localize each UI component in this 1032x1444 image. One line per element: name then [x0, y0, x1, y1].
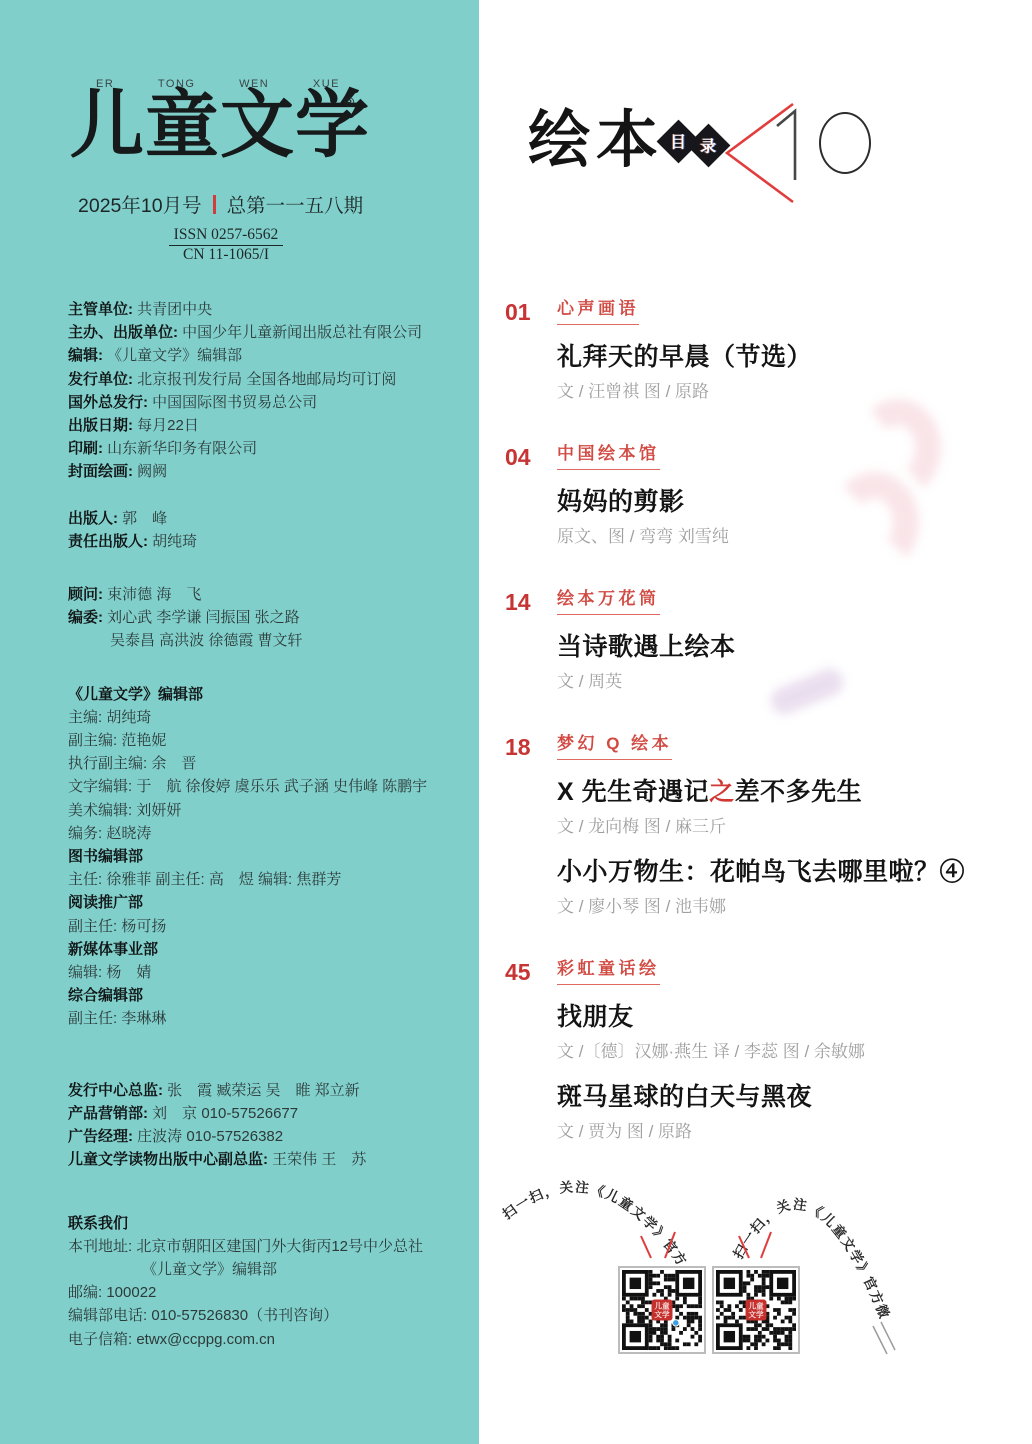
- info-text: 副主任: 杨可扬: [68, 918, 166, 935]
- info-text: 阅读推广部: [68, 894, 143, 911]
- article-byline: 文 / 汪曾祺 图 / 原路: [557, 381, 1005, 403]
- info-text: 主编: 胡纯琦: [68, 709, 151, 726]
- toc-category-row: 中国绘本馆: [557, 445, 1005, 486]
- issue-line: 2025年10月号 总第一一五八期: [78, 190, 363, 218]
- info-line: 执行副主编: 余 晋: [68, 752, 468, 775]
- info-text: 束沛德 海 飞: [107, 586, 201, 603]
- info-group: 出版人: 郭 峰责任出版人: 胡纯琦: [68, 507, 468, 553]
- article-title: 妈妈的剪影: [557, 486, 1005, 518]
- toc-page-number: 01: [505, 300, 557, 421]
- info-text: 编辑:: [68, 347, 107, 364]
- info-text: 主管单位:: [68, 301, 137, 318]
- info-line: 副主任: 杨可扬: [68, 915, 468, 938]
- info-group: 《儿童文学》编辑部主编: 胡纯琦副主编: 范艳妮执行副主编: 余 晋文字编辑: …: [68, 683, 468, 1031]
- info-text: 发行中心总监:: [68, 1082, 167, 1099]
- info-line: 电子信箱: etwx@ccppg.com.cn: [68, 1328, 468, 1351]
- article-byline: 原文、图 / 弯弯 刘雪纯: [557, 526, 1005, 548]
- info-text: 《儿童文学》编辑部: [107, 347, 242, 364]
- article-title-part: 差不多先生: [735, 778, 863, 806]
- toc-list: 01心声画语礼拜天的早晨（节选）文 / 汪曾祺 图 / 原路04中国绘本馆妈妈的…: [505, 300, 1005, 1185]
- info-text: 邮编: 100022: [68, 1284, 156, 1301]
- info-text: 每月22日: [137, 417, 199, 434]
- info-text: 共青团中央: [137, 301, 212, 318]
- svg-text:扫一扫，关注《儿童文学》官方微博: 扫一扫，关注《儿童文学》官方微博: [489, 1168, 691, 1269]
- info-line: 美术编辑: 刘妍妍: [68, 799, 468, 822]
- info-text: 庄波涛 010-57526382: [137, 1128, 283, 1145]
- toc-badge-char: 录: [700, 134, 716, 157]
- info-text: 主办、出版单位:: [68, 324, 182, 341]
- info-line: 联系我们: [68, 1212, 468, 1235]
- toc-category-label: 彩虹童话绘: [557, 960, 660, 985]
- info-line: 产品营销部: 刘 京 010-57526677: [68, 1102, 468, 1125]
- info-line: 主编: 胡纯琦: [68, 706, 468, 729]
- info-text: 吴泰昌 高洪波 徐德霞 曹文轩: [110, 632, 303, 649]
- toc-section-body: 心声画语礼拜天的早晨（节选）文 / 汪曾祺 图 / 原路: [557, 300, 1005, 421]
- article-byline: 文 / 龙向梅 图 / 麻三斤: [557, 816, 1005, 838]
- article-title-part: 小小万物生：花帕鸟飞去哪里啦？④: [557, 858, 965, 886]
- info-text: 编委:: [68, 609, 107, 626]
- toc-article: 找朋友文 /〔德〕汉娜·燕生 译 / 李蕊 图 / 余敏娜: [557, 1001, 1005, 1063]
- issue-number-text: 总第一一五八期: [227, 190, 364, 218]
- toc-section-body: 中国绘本馆妈妈的剪影原文、图 / 弯弯 刘雪纯: [557, 445, 1005, 566]
- info-line: 邮编: 100022: [68, 1281, 468, 1304]
- info-text: 《儿童文学》编辑部: [68, 686, 203, 703]
- article-byline: 文 / 贾为 图 / 原路: [557, 1121, 1005, 1143]
- article-title-part: 斑马星球的白天与黑夜: [557, 1083, 812, 1111]
- info-line: 顾问: 束沛德 海 飞: [68, 583, 468, 606]
- info-text: 电子信箱: etwx@ccppg.com.cn: [68, 1331, 275, 1348]
- toc-category-label: 梦幻 Q 绘本: [557, 735, 672, 760]
- info-text: 主任: 徐雅菲 副主任: 高 煜 编辑: 焦群芳: [68, 871, 341, 888]
- toc-article: X 先生奇遇记之差不多先生文 / 龙向梅 图 / 麻三斤: [557, 776, 1005, 838]
- article-title-part: 找朋友: [557, 1003, 634, 1031]
- magazine-logo: 儿童文学: [70, 88, 370, 162]
- info-line: 责任出版人: 胡纯琦: [68, 530, 468, 553]
- info-text: 印刷:: [68, 440, 107, 457]
- info-text: 出版人:: [68, 510, 122, 527]
- info-line: 封面绘画: 阙阙: [68, 460, 468, 483]
- info-text: 图书编辑部: [68, 848, 143, 865]
- toc-badge-char: 目: [670, 130, 686, 153]
- toc-title: 绘本: [528, 110, 664, 172]
- info-line: 主办、出版单位: 中国少年儿童新闻出版总社有限公司: [68, 321, 468, 344]
- info-line: 副主任: 李琳琳: [68, 1007, 468, 1030]
- info-line: 印刷: 山东新华印务有限公司: [68, 437, 468, 460]
- info-text: 副主任: 李琳琳: [68, 1010, 166, 1027]
- info-text: 发行单位:: [68, 371, 137, 388]
- cn-number: CN 11-1065/I: [70, 246, 382, 264]
- info-group: 主管单位: 共青团中央主办、出版单位: 中国少年儿童新闻出版总社有限公司编辑: …: [68, 298, 468, 484]
- info-line: 国外总发行: 中国国际图书贸易总公司: [68, 391, 468, 414]
- toc-category-row: 绘本万花筒: [557, 590, 1005, 631]
- info-text: 编辑: 杨 婧: [68, 964, 151, 981]
- info-line: 主任: 徐雅菲 副主任: 高 煜 编辑: 焦群芳: [68, 868, 468, 891]
- info-text: 编务: 赵晓涛: [68, 825, 151, 842]
- article-title-part: 当诗歌遇上绘本: [557, 633, 736, 661]
- toc-panel: 绘本 目录 01心声画语礼拜天的早晨（节选）文 / 汪曾祺 图 / 原路04中国…: [479, 0, 1032, 1444]
- info-line: 发行单位: 北京报刊发行局 全国各地邮局均可订阅: [68, 368, 468, 391]
- article-title: X 先生奇遇记之差不多先生: [557, 776, 1005, 808]
- info-text: 编辑部电话: 010-57526830（书刊咨询）: [68, 1307, 338, 1324]
- toc-category-row: 心声画语: [557, 300, 1005, 341]
- article-byline: 文 / 廖小琴 图 / 池韦娜: [557, 896, 1005, 918]
- info-line: 阅读推广部: [68, 891, 468, 914]
- article-title: 找朋友: [557, 1001, 1005, 1033]
- toc-article: 妈妈的剪影原文、图 / 弯弯 刘雪纯: [557, 486, 1005, 548]
- info-text: 出版日期:: [68, 417, 137, 434]
- info-line: 综合编辑部: [68, 984, 468, 1007]
- info-text: 广告经理:: [68, 1128, 137, 1145]
- toc-article: 礼拜天的早晨（节选）文 / 汪曾祺 图 / 原路: [557, 341, 1005, 403]
- article-title: 小小万物生：花帕鸟飞去哪里啦？④: [557, 856, 1005, 888]
- info-text: 本刊地址: 北京市朝阳区建国门外大街丙12号中少总社: [68, 1238, 423, 1255]
- info-text: 王荣伟 王 苏: [272, 1151, 366, 1168]
- info-text: 儿童文学读物出版中心副总监:: [68, 1151, 272, 1168]
- toc-page-number: 14: [505, 590, 557, 711]
- masthead-panel: ERTONGWENXUE 儿童文学 ® 2025年10月号 总第一一五八期 IS…: [0, 0, 479, 1444]
- digit-one: [775, 108, 801, 182]
- qr-code-wechat: 儿童文学: [712, 1266, 800, 1354]
- qr-seal: 儿童: [748, 1301, 764, 1311]
- info-text: 美术编辑: 刘妍妍: [68, 802, 181, 819]
- info-line: 图书编辑部: [68, 845, 468, 868]
- info-line: 儿童文学读物出版中心副总监: 王荣伟 王 苏: [68, 1148, 468, 1171]
- svg-text:文学: 文学: [654, 1309, 670, 1319]
- info-line: 编委: 刘心武 李学谦 闫振国 张之路: [68, 606, 468, 629]
- toc-section: 14绘本万花筒当诗歌遇上绘本文 / 周英: [505, 590, 1005, 711]
- issue-number: [775, 106, 885, 180]
- info-text: 产品营销部:: [68, 1105, 152, 1122]
- toc-category-label: 心声画语: [557, 300, 639, 325]
- info-line: 新媒体事业部: [68, 938, 468, 961]
- info-text: 新媒体事业部: [68, 941, 158, 958]
- registered-trademark: ®: [344, 94, 354, 110]
- toc-section-body: 彩虹童话绘找朋友文 /〔德〕汉娜·燕生 译 / 李蕊 图 / 余敏娜斑马星球的白…: [557, 960, 1005, 1161]
- gray-slash-marks: [873, 1322, 895, 1354]
- qr-codes: 儿童文学 儿童文学: [618, 1266, 800, 1354]
- info-text: 国外总发行:: [68, 394, 152, 411]
- toc-section-body: 梦幻 Q 绘本X 先生奇遇记之差不多先生文 / 龙向梅 图 / 麻三斤小小万物生…: [557, 735, 1005, 936]
- info-line: 副主编: 范艳妮: [68, 729, 468, 752]
- article-title: 当诗歌遇上绘本: [557, 631, 1005, 663]
- info-line: 《儿童文学》编辑部: [68, 683, 468, 706]
- info-text: 阙阙: [137, 463, 167, 480]
- toc-section-body: 绘本万花筒当诗歌遇上绘本文 / 周英: [557, 590, 1005, 711]
- magazine-toc-page: ERTONGWENXUE 儿童文学 ® 2025年10月号 总第一一五八期 IS…: [0, 0, 1032, 1444]
- info-text: 综合编辑部: [68, 987, 143, 1004]
- article-title-part: 礼拜天的早晨（节选）: [557, 343, 812, 371]
- issue-date: 2025年10月号: [78, 190, 202, 218]
- article-byline: 文 /〔德〕汉娜·燕生 译 / 李蕊 图 / 余敏娜: [557, 1041, 1005, 1063]
- info-group: 发行中心总监: 张 霞 臧荣运 吴 睢 郑立新产品营销部: 刘 京 010-57…: [68, 1079, 468, 1172]
- info-line: 主管单位: 共青团中央: [68, 298, 468, 321]
- digit-zero: [819, 112, 871, 174]
- toc-page-number: 45: [505, 960, 557, 1161]
- info-text: 胡纯琦: [152, 533, 197, 550]
- info-text: 顾问:: [68, 586, 107, 603]
- toc-article: 当诗歌遇上绘本文 / 周英: [557, 631, 1005, 693]
- toc-page-number: 04: [505, 445, 557, 566]
- info-text: 封面绘画:: [68, 463, 137, 480]
- toc-section: 04中国绘本馆妈妈的剪影原文、图 / 弯弯 刘雪纯: [505, 445, 1005, 566]
- info-text: 联系我们: [68, 1215, 128, 1232]
- toc-section: 18梦幻 Q 绘本X 先生奇遇记之差不多先生文 / 龙向梅 图 / 麻三斤小小万…: [505, 735, 1005, 936]
- info-text: 中国少年儿童新闻出版总社有限公司: [182, 324, 422, 341]
- toc-category-row: 梦幻 Q 绘本: [557, 735, 1005, 776]
- toc-section: 45彩虹童话绘找朋友文 /〔德〕汉娜·燕生 译 / 李蕊 图 / 余敏娜斑马星球…: [505, 960, 1005, 1161]
- info-line: 编辑: 《儿童文学》编辑部: [68, 344, 468, 367]
- toc-category-label: 绘本万花筒: [557, 590, 660, 615]
- info-line: 本刊地址: 北京市朝阳区建国门外大街丙12号中少总社: [68, 1235, 468, 1258]
- info-text: 刘 京 010-57526677: [152, 1105, 298, 1122]
- info-line: 文字编辑: 于 航 徐俊婷 虞乐乐 武子涵 史伟峰 陈鹏宇: [68, 775, 468, 798]
- toc-article: 斑马星球的白天与黑夜文 / 贾为 图 / 原路: [557, 1081, 1005, 1143]
- info-line: 广告经理: 庄波涛 010-57526382: [68, 1125, 468, 1148]
- qr-code-weibo: 儿童文学: [618, 1266, 706, 1354]
- info-text: 郭 峰: [122, 510, 167, 527]
- info-text: 责任出版人:: [68, 533, 152, 550]
- info-text: 山东新华印务有限公司: [107, 440, 257, 457]
- issn: ISSN 0257-6562: [169, 226, 284, 246]
- toc-page-number: 18: [505, 735, 557, 936]
- info-text: 副主编: 范艳妮: [68, 732, 166, 749]
- info-text: 北京报刊发行局 全国各地邮局均可订阅: [137, 371, 396, 388]
- article-title-part: X 先生奇遇记: [557, 778, 709, 806]
- info-text: 文字编辑: 于 航 徐俊婷 虞乐乐 武子涵 史伟峰 陈鹏宇: [68, 778, 427, 795]
- toc-category-row: 彩虹童话绘: [557, 960, 1005, 1001]
- toc-category-label: 中国绘本馆: [557, 445, 660, 470]
- info-line: 吴泰昌 高洪波 徐德霞 曹文轩: [68, 629, 468, 652]
- info-line: 《儿童文学》编辑部: [68, 1258, 468, 1281]
- info-text: 《儿童文学》编辑部: [142, 1261, 277, 1278]
- info-line: 编务: 赵晓涛: [68, 822, 468, 845]
- info-group: 联系我们本刊地址: 北京市朝阳区建国门外大街丙12号中少总社《儿童文学》编辑部邮…: [68, 1212, 468, 1351]
- info-text: 刘心武 李学谦 闫振国 张之路: [107, 609, 300, 626]
- divider-bar: [213, 195, 216, 214]
- info-line: 出版人: 郭 峰: [68, 507, 468, 530]
- info-line: 发行中心总监: 张 霞 臧荣运 吴 睢 郑立新: [68, 1079, 468, 1102]
- article-title-part: 之: [709, 778, 735, 806]
- info-text: 执行副主编: 余 晋: [68, 755, 196, 772]
- info-line: 出版日期: 每月22日: [68, 414, 468, 437]
- publication-info: 主管单位: 共青团中央主办、出版单位: 中国少年儿童新闻出版总社有限公司编辑: …: [68, 298, 468, 1351]
- article-byline: 文 / 周英: [557, 671, 1005, 693]
- info-group: 顾问: 束沛德 海 飞编委: 刘心武 李学谦 闫振国 张之路吴泰昌 高洪波 徐德…: [68, 583, 468, 653]
- qr-seal: 儿童: [654, 1301, 670, 1311]
- issn-block: ISSN 0257-6562 CN 11-1065/I: [70, 226, 382, 264]
- svg-text:文学: 文学: [748, 1309, 764, 1319]
- info-text: 中国国际图书贸易总公司: [152, 394, 317, 411]
- article-title: 斑马星球的白天与黑夜: [557, 1081, 1005, 1113]
- info-line: 编辑: 杨 婧: [68, 961, 468, 984]
- toc-article: 小小万物生：花帕鸟飞去哪里啦？④文 / 廖小琴 图 / 池韦娜: [557, 856, 1005, 918]
- article-title-part: 妈妈的剪影: [557, 488, 685, 516]
- article-title: 礼拜天的早晨（节选）: [557, 341, 1005, 373]
- info-text: 张 霞 臧荣运 吴 睢 郑立新: [167, 1082, 360, 1099]
- toc-section: 01心声画语礼拜天的早晨（节选）文 / 汪曾祺 图 / 原路: [505, 300, 1005, 421]
- qr-caption-weibo: 扫一扫，关注《儿童文学》官方微博: [489, 1168, 691, 1269]
- info-line: 编辑部电话: 010-57526830（书刊咨询）: [68, 1304, 468, 1327]
